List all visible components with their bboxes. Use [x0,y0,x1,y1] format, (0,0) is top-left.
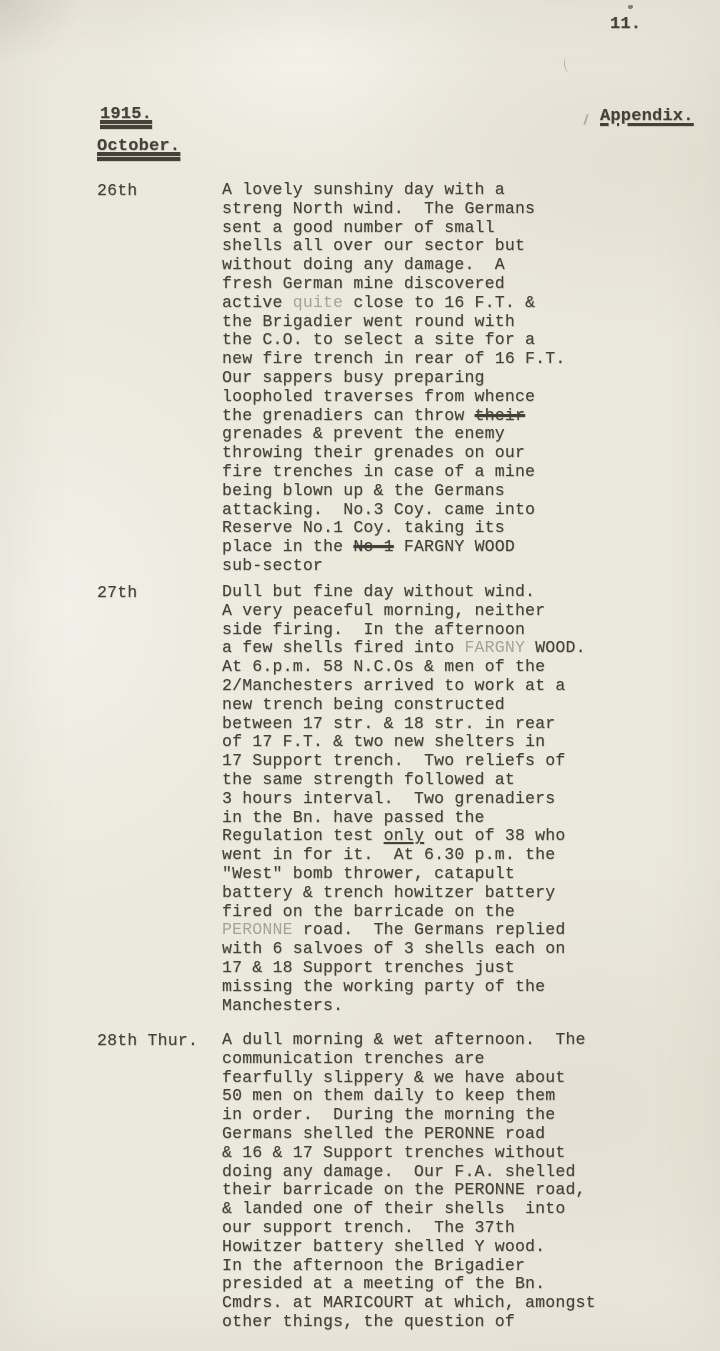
diary-line: throwing their grenades on our [222,444,565,463]
diary-line: Cmdrs. at MARICOURT at which, amongst [222,1294,596,1313]
scanned-diary-page: 11. 1915. Appendix. October. 26thA lovel… [0,0,720,1351]
diary-line: fired on the barricade on the [222,903,586,922]
diary-line: with 6 salvoes of 3 shells each on [222,940,586,959]
diary-line: A lovely sunshiny day with a [222,181,565,200]
diary-line: battery & trench howitzer battery [222,884,586,903]
diary-line: Howitzer battery shelled Y wood. [222,1238,596,1257]
diary-line: loopholed traverses from whence [222,388,565,407]
diary-line: Regulation test only out of 38 who [222,827,586,846]
diary-line: sent a good number of small [222,219,565,238]
entry-date: 26th [97,181,137,200]
diary-line: fearfully slippery & we have about [222,1069,596,1088]
diary-line: sub-sector [222,557,565,576]
diary-line: went in for it. At 6.30 p.m. the [222,846,586,865]
diary-line: missing the working party of the [222,978,586,997]
diary-line: being blown up & the Germans [222,482,565,501]
entry-date: 28th Thur. [97,1031,198,1050]
diary-line: "West" bomb thrower, catapult [222,865,586,884]
diary-line: fresh German mine discovered [222,275,565,294]
entry-body: Dull but fine day without wind.A very pe… [222,583,586,1015]
entry-body: A lovely sunshiny day with astreng North… [222,181,565,576]
struck-text: No-1 [353,537,393,556]
diary-line: doing any damage. Our F.A. shelled [222,1163,596,1182]
diary-line: 3 hours interval. Two grenadiers [222,790,586,809]
diary-line: At 6.p.m. 58 N.C.Os & men of the [222,658,586,677]
diary-line: their barricade on the PERONNE road, [222,1181,596,1200]
diary-line: & landed one of their shells into [222,1200,596,1219]
diary-line: Dull but fine day without wind. [222,583,586,602]
diary-line: in the Bn. have passed the [222,809,586,828]
diary-line: & 16 & 17 Support trenches without [222,1144,596,1163]
diary-line: other things, the question of [222,1313,596,1332]
diary-line: the grenadiers can throw their [222,407,565,426]
diary-line: PERONNE road. The Germans replied [222,921,586,940]
diary-line: In the afternoon the Brigadier [222,1257,596,1276]
entry-date: 27th [97,583,137,602]
diary-line: Reserve No.1 Coy. taking its [222,519,565,538]
diary-line: of 17 F.T. & two new shelters in [222,733,586,752]
diary-line: between 17 str. & 18 str. in rear [222,715,586,734]
diary-line: 17 & 18 Support trenches just [222,959,586,978]
diary-line: Our sappers busy preparing [222,369,565,388]
diary-line: attacking. No.3 Coy. came into [222,501,565,520]
diary-line: 17 Support trench. Two reliefs of [222,752,586,771]
diary-line: new trench being constructed [222,696,586,715]
diary-line: grenades & prevent the enemy [222,425,565,444]
diary-line: side firing. In the afternoon [222,621,586,640]
diary-line: a few shells fired into FARGNY WOOD. [222,639,586,658]
diary-line: our support trench. The 37th [222,1219,596,1238]
diary-line: Germans shelled the PERONNE road [222,1125,596,1144]
diary-line: in order. During the morning the [222,1106,596,1125]
faded-text: FARGNY [464,638,525,657]
diary-line: Manchesters. [222,997,586,1016]
diary-line: the C.O. to select a site for a [222,331,565,350]
diary-line: without doing any damage. A [222,256,565,275]
faded-text: quite [293,293,344,312]
faded-text: PERONNE [222,920,293,939]
diary-line: communication trenches are [222,1050,596,1069]
diary-line: new fire trench in rear of 16 F.T. [222,350,565,369]
diary-entries: 26thA lovely sunshiny day with astreng N… [0,0,720,1351]
struck-text: their [475,406,526,425]
diary-line: active quite close to 16 F.T. & [222,294,565,313]
diary-line: A very peaceful morning, neither [222,602,586,621]
diary-line: presided at a meeting of the Bn. [222,1275,596,1294]
diary-line: shells all over our sector but [222,237,565,256]
diary-line: 2/Manchesters arrived to work at a [222,677,586,696]
diary-line: A dull morning & wet afternoon. The [222,1031,596,1050]
diary-line: streng North wind. The Germans [222,200,565,219]
diary-line: 50 men on them daily to keep them [222,1087,596,1106]
underlined-text: only [384,826,424,845]
diary-line: fire trenches in case of a mine [222,463,565,482]
diary-line: the Brigadier went round with [222,313,565,332]
entry-body: A dull morning & wet afternoon. Thecommu… [222,1031,596,1332]
diary-line: the same strength followed at [222,771,586,790]
diary-line: place in the No-1 FARGNY WOOD [222,538,565,557]
